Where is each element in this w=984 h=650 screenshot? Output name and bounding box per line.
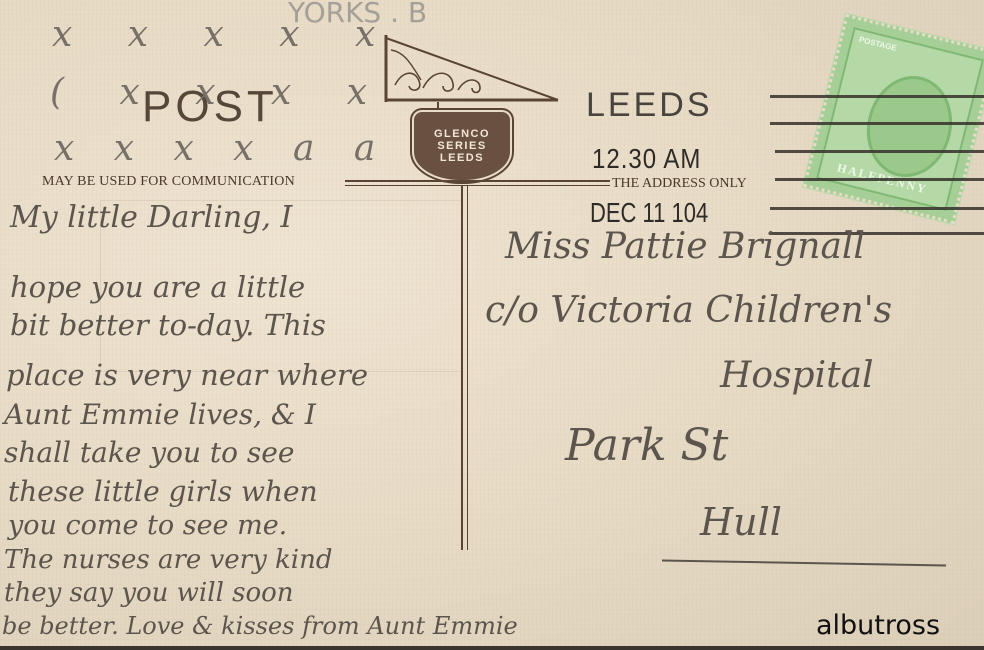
message-line: Aunt Emmie lives, & I bbox=[4, 398, 316, 431]
stamp-top-text: POSTAGE bbox=[858, 35, 898, 53]
cancel-line bbox=[770, 95, 984, 98]
message-line: My little Darling, I bbox=[10, 200, 292, 235]
cancel-line bbox=[770, 122, 984, 125]
watermark: albutross bbox=[816, 610, 940, 641]
kisses-row-2: ( x x x x bbox=[50, 72, 389, 113]
caption-rule-thin bbox=[345, 185, 610, 186]
message-line: hope you are a little bbox=[10, 270, 305, 304]
badge-line-2: SERIES bbox=[437, 140, 486, 152]
message-line: you come to see me. bbox=[8, 510, 287, 541]
postmark-town: LEEDS bbox=[586, 86, 713, 125]
address-line-care-of: c/o Victoria Children's bbox=[485, 290, 892, 331]
postcard: YORKS . B POST x x x x x ( x x x x x x x… bbox=[0, 0, 984, 650]
center-divider bbox=[461, 185, 463, 550]
cancel-line bbox=[775, 150, 984, 153]
address-line-town: Hull bbox=[700, 500, 782, 544]
message-line: these little girls when bbox=[8, 475, 318, 508]
badge-line-1: GLENCO bbox=[434, 128, 490, 140]
cancel-line bbox=[770, 207, 984, 210]
message-signoff: be better. Love & kisses from Aunt Emmie bbox=[2, 612, 518, 640]
message-line: The nurses are very kind bbox=[4, 545, 333, 575]
address-line-hospital: Hospital bbox=[720, 355, 874, 396]
communication-caption: MAY BE USED FOR COMMUNICATION bbox=[42, 174, 295, 190]
center-divider-thin bbox=[467, 185, 468, 550]
cancel-line bbox=[775, 178, 984, 181]
card-edge bbox=[0, 646, 984, 650]
caption-rule bbox=[345, 180, 610, 182]
message-line: they say you will soon bbox=[4, 578, 294, 608]
kisses-row-1: x x x x x bbox=[52, 14, 397, 55]
address-line-street: Park St bbox=[565, 420, 728, 471]
badge-line-3: LEEDS bbox=[440, 152, 484, 164]
address-caption: THE ADDRESS ONLY bbox=[612, 176, 747, 192]
message-line: shall take you to see bbox=[4, 436, 294, 469]
message-line: place is very near where bbox=[6, 358, 368, 392]
message-line: bit better to-day. This bbox=[10, 308, 326, 342]
publisher-badge: GLENCO SERIES LEEDS bbox=[412, 110, 512, 182]
sign-bracket-icon bbox=[383, 30, 563, 110]
postmark-time: 12.30 AM bbox=[592, 144, 701, 176]
kisses-row-3: x x x x a a bbox=[54, 128, 389, 169]
postmark-date: DEC 11 104 bbox=[590, 197, 708, 230]
address-line-name: Miss Pattie Brignall bbox=[505, 226, 865, 267]
